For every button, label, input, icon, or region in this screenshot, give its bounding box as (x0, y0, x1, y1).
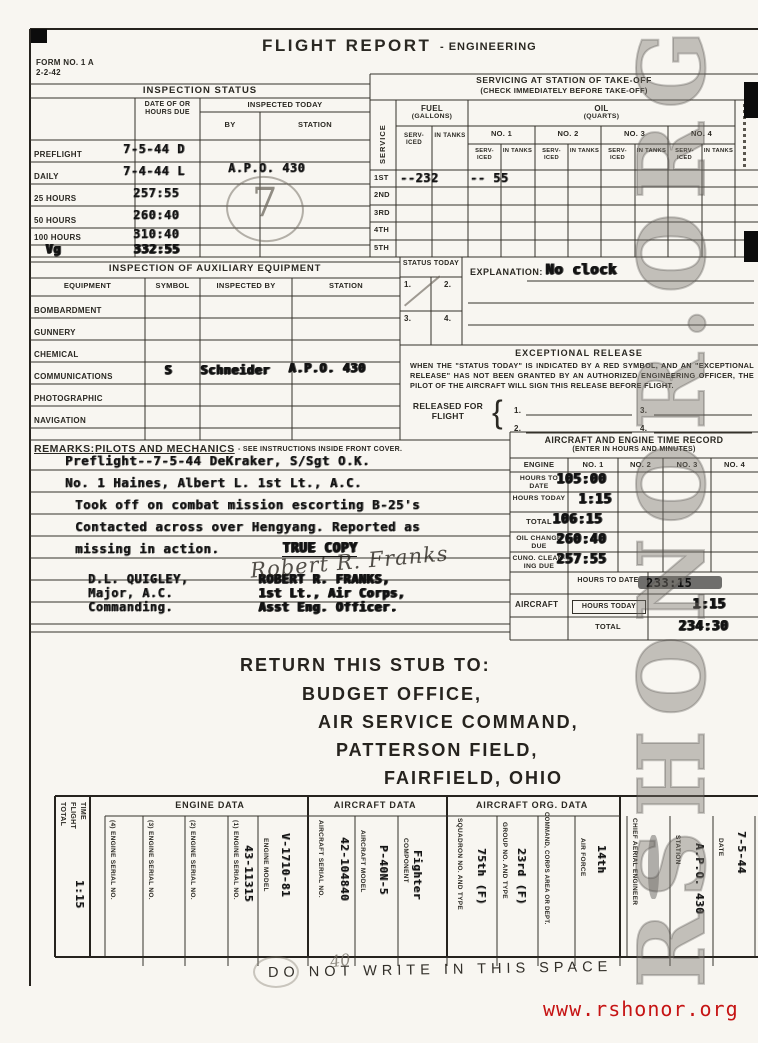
oil2-in-tanks-header: IN TANKS (569, 148, 600, 155)
row-label-daily: DAILY (34, 172, 59, 181)
aux-equipment-title: INSPECTION OF AUXILIARY EQUIPMENT (30, 264, 400, 275)
form-date: 2-2-42 (36, 68, 61, 77)
remarks-line-4: Contacted across over Hengyang. Reported… (75, 519, 420, 534)
remarks-line-2: No. 1 Haines, Albert L. 1st Lt., A.C. (65, 475, 362, 490)
daily-entry: 7-4-44 L (123, 164, 185, 178)
oil-no1-header: NO. 1 (468, 130, 535, 139)
status-today-title: STATUS TODAY (402, 260, 460, 268)
stub-line-1: RETURN THIS STUB TO: (240, 655, 491, 676)
fuel-unit: (GALLONS) (396, 113, 468, 121)
release-slot-2: 2. (514, 424, 521, 433)
col-date-or-hours-due: DATE OF OR HOURS DUE (137, 101, 198, 117)
row-label-50-hours: 50 HOURS (34, 216, 76, 225)
aircraft-serial-entry: 42-104840 (338, 837, 351, 901)
row-communications: COMMUNICATIONS (34, 372, 113, 381)
total-no1: 106:15 (552, 512, 602, 527)
25-hours-entry: 257:55 (133, 186, 179, 200)
col-symbol: SYMBOL (145, 282, 200, 291)
col-equipment: EQUIPMENT (30, 282, 145, 291)
engine-serial-1-entry: 43-11315 (242, 845, 255, 902)
handwritten-number: 40 (329, 950, 352, 972)
released-for-flight-label: RELEASED FOR FLIGHT (408, 402, 488, 422)
row-gunnery: GUNNERY (34, 328, 76, 337)
aircraft-model-label: AIRCRAFT MODEL (359, 830, 366, 893)
aircraft-serial-label: AIRCRAFT SERIAL NO. (317, 820, 324, 898)
col-aux-station: STATION (292, 282, 400, 291)
quigley-title: Commanding. (88, 600, 173, 614)
remarks-line-5: missing in action. (75, 541, 219, 556)
site-url: www.rshonor.org (543, 997, 739, 1021)
engine-data-title: ENGINE DATA (150, 800, 270, 810)
rshonor-watermark: RSHONOR.ORG (618, 16, 726, 988)
row-chemical: CHEMICAL (34, 350, 79, 359)
air-force-label: AIR FORCE (579, 838, 586, 876)
component-entry: Fighter (411, 850, 424, 900)
row-photographic: PHOTOGRAPHIC (34, 394, 103, 403)
preflight-entry: 7-5-44 D (123, 142, 185, 156)
service-row-3rd: 3RD (374, 209, 390, 218)
col-engine: ENGINE (512, 461, 566, 470)
engine-serial-4-label: (4) ENGINE SERIAL NO. (109, 820, 116, 900)
franks-rank: 1st Lt., Air Corps, (258, 586, 405, 600)
service-row-2nd: 2ND (374, 191, 390, 200)
row-bombardment: BOMBARDMENT (34, 306, 102, 315)
extra-row-entry: 332:55 (133, 242, 179, 256)
oil1-in-tanks-header: IN TANKS (502, 148, 533, 155)
col-station: STATION (260, 121, 370, 130)
row-navigation: NAVIGATION (34, 416, 86, 425)
franks-title: Asst Eng. Officer. (258, 600, 397, 614)
oil-change-due-no1: 260:40 (556, 532, 606, 547)
aircraft-data-title: AIRCRAFT DATA (310, 800, 440, 810)
col-no1: NO. 1 (568, 461, 618, 470)
communications-symbol: S (164, 363, 172, 377)
hours-to-date-no1: 105:00 (556, 472, 606, 487)
engine-serial-3-label: (3) ENGINE SERIAL NO. (147, 820, 154, 900)
total-flight-time-entry: 1:15 (73, 880, 86, 909)
remarks-line-1: Preflight--7-5-44 DeKraker, S/Sgt O.K. (65, 453, 370, 468)
explanation-entry: No clock (545, 262, 616, 278)
page-title: FLIGHT REPORT (262, 36, 431, 56)
oil2-serviced-header: SERV-ICED (536, 148, 567, 161)
fuel-1st-entry: --232 (400, 171, 439, 185)
stub-line-5: FAIRFIELD, OHIO (384, 768, 563, 789)
engine-model-entry: V-1710-81 (279, 833, 292, 897)
aircraft-section-label: AIRCRAFT (515, 600, 558, 609)
component-label: COMPONENT (402, 838, 409, 883)
hours-today-no1: 1:15 (578, 492, 611, 507)
aircraft-model-entry: P-40N-5 (377, 845, 390, 895)
col-by: BY (200, 121, 260, 130)
row-label-preflight: PREFLIGHT (34, 150, 82, 159)
col-inspected-by: INSPECTED BY (200, 282, 292, 291)
group-label: GROUP NO. AND TYPE (501, 822, 508, 899)
50-hours-entry: 260:40 (133, 208, 179, 222)
quigley-name: D.L. QUIGLEY, (88, 572, 188, 586)
stub-line-3: AIR SERVICE COMMAND, (318, 712, 579, 733)
service-row-5th: 5TH (374, 244, 389, 253)
scan-mark-right-2 (744, 231, 758, 262)
air-force-entry: 14th (595, 845, 608, 874)
status-cell-4: 4. (444, 314, 451, 323)
communications-station: A.P.O. 430 (288, 361, 365, 375)
row-label-100-hours: 100 HOURS (34, 233, 81, 242)
row-label-25-hours: 25 HOURS (34, 194, 76, 203)
status-cell-3: 3. (404, 314, 411, 323)
daily-station-entry: A.P.O. 430 (228, 161, 305, 175)
group-entry: 23rd (F) (515, 848, 528, 905)
scanned-flight-report: FORM NO. 1 A 2-2-42 FLIGHT REPORT - ENGI… (0, 0, 758, 1043)
pencil-arc-mark (253, 956, 299, 988)
communications-inspected-by: Schneider (200, 363, 270, 377)
status-cell-1: 1. (404, 280, 411, 289)
extra-row-label: Vg (45, 242, 60, 256)
col-service-vertical: SERVICE (378, 124, 387, 164)
command-label: COMMAND, CORPS AREA OR DEPT. (543, 812, 549, 925)
engine-serial-1-label: (1) ENGINE SERIAL NO. (232, 820, 239, 900)
inspection-status-title: INSPECTION STATUS (30, 86, 370, 97)
pencil-numeral: 7 (252, 180, 277, 226)
aircraft-org-data-title: AIRCRAFT ORG. DATA (452, 800, 612, 810)
explanation-label: EXPLANATION: (470, 267, 543, 277)
service-row-4th: 4TH (374, 226, 389, 235)
released-brace: { (492, 394, 503, 431)
oil-no2-header: NO. 2 (535, 130, 601, 139)
fuel-header: FUEL (396, 104, 468, 113)
engine-serial-2-label: (2) ENGINE SERIAL NO. (189, 820, 196, 900)
100-hours-entry: 310:40 (133, 227, 179, 241)
fuel-serviced-header: SERV-ICED (398, 132, 430, 146)
oil-1st-entry: -- 55 (470, 171, 509, 185)
service-row-1st: 1ST (374, 174, 389, 183)
scan-mark-right-1 (744, 82, 758, 118)
page-title-suffix: - ENGINEERING (440, 41, 537, 54)
row-hours-today: HOURS TODAY (512, 495, 566, 503)
scan-mark-top-left (31, 29, 47, 43)
squadron-label: SQUADRON NO. AND TYPE (456, 818, 463, 910)
release-slot-1: 1. (514, 406, 521, 415)
quigley-rank: Major, A.C. (88, 586, 173, 600)
cuno-cleaning-due-no1: 257:55 (556, 552, 606, 567)
oil1-serviced-header: SERV-ICED (469, 148, 500, 161)
date-entry: 7-5-44 (735, 831, 748, 874)
form-number: FORM NO. 1 A (36, 58, 94, 67)
total-flight-time-word-3: TIME (79, 802, 86, 820)
total-flight-time-word-2: FLIGHT (69, 802, 76, 829)
stub-line-4: PATTERSON FIELD, (336, 740, 538, 761)
status-cell-2: 2. (444, 280, 451, 289)
engine-model-label: ENGINE MODEL (262, 838, 269, 892)
squadron-entry: 75th (F) (475, 848, 488, 905)
remarks-line-3: Took off on combat mission escorting B-2… (75, 497, 420, 512)
fuel-in-tanks-header: IN TANKS (434, 132, 466, 139)
total-flight-time-word-1: TOTAL (59, 802, 66, 826)
col-inspected-today: INSPECTED TODAY (200, 101, 370, 110)
stub-line-2: BUDGET OFFICE, (302, 684, 482, 705)
